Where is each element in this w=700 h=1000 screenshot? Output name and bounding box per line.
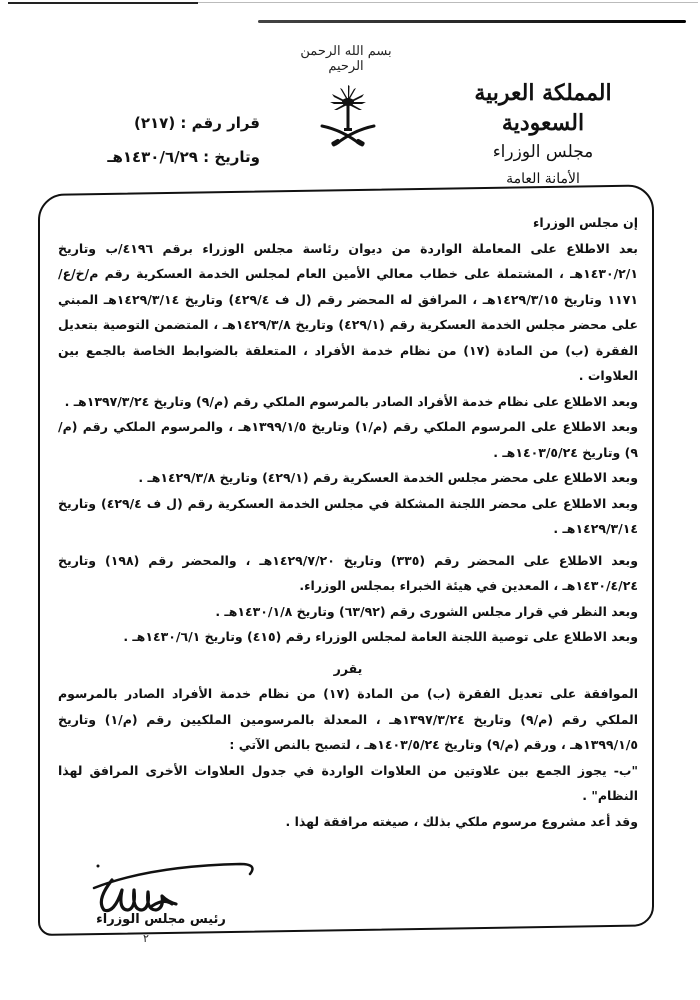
recital-paragraph-6: وبعد الاطلاع على المحضر رقم (٣٣٥) وتاريخ… (58, 548, 638, 599)
page-number: ٢ (136, 932, 156, 945)
kingdom-name: المملكة العربية السعودية (438, 78, 648, 138)
resolution-paragraph: الموافقة على تعديل الفقرة (ب) من المادة … (58, 681, 638, 758)
decision-date: وتاريخ : ١٤٣٠/٦/٢٩هـ (60, 140, 260, 174)
opening-line: إن مجلس الوزراء (58, 210, 638, 236)
recital-paragraph-5: وبعد الاطلاع على محضر اللجنة المشكلة في … (58, 491, 638, 542)
top-edge-rule (8, 2, 198, 4)
recital-paragraph-2: وبعد الاطلاع على نظام خدمة الأفراد الصاد… (58, 389, 638, 415)
recital-paragraph-8: وبعد الاطلاع على توصية اللجنة العامة لمج… (58, 624, 638, 650)
closing-paragraph: وقد أعد مشروع مرسوم ملكي بذلك ، صيغته مر… (58, 809, 638, 835)
top-edge-faint-rule (198, 2, 698, 3)
saudi-emblem-icon (312, 80, 384, 152)
basmala: بسم الله الرحمن الرحيم (296, 44, 396, 74)
decision-info: قرار رقم : (٢١٧) وتاريخ : ١٤٣٠/٦/٢٩هـ (60, 106, 260, 174)
recital-paragraph-4: وبعد الاطلاع على محضر مجلس الخدمة العسكر… (58, 465, 638, 491)
document-body: إن مجلس الوزراء بعد الاطلاع على المعاملة… (58, 210, 638, 834)
issuer-block: المملكة العربية السعودية مجلس الوزراء ال… (438, 78, 648, 192)
signatory-title: رئيس مجلس الوزراء (86, 912, 236, 927)
recital-paragraph-7: وبعد النظر في قرار مجلس الشورى رقم (٦٣/٩… (58, 599, 638, 625)
letterhead-rule (258, 20, 686, 23)
recital-paragraph-1: بعد الاطلاع على المعاملة الواردة من ديوا… (58, 236, 638, 389)
amended-text: "ب- يجوز الجمع بين علاوتين من العلاوات ا… (58, 758, 638, 809)
council-name: مجلس الوزراء (438, 138, 648, 166)
recital-paragraph-3: وبعد الاطلاع على المرسوم الملكي رقم (م/١… (58, 414, 638, 465)
decision-number: قرار رقم : (٢١٧) (60, 106, 260, 140)
decides-heading: يقرر (58, 656, 638, 682)
